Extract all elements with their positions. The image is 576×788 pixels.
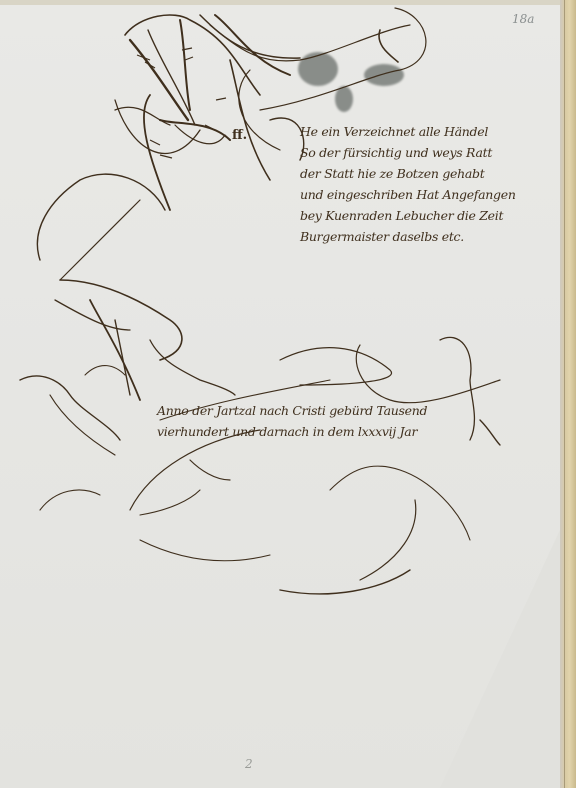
page-number: 2	[245, 757, 253, 771]
heading-text-block: He ein Verzeichnet alle Händel So der fü…	[300, 121, 516, 247]
text-line: So der fürsichtig und weys Ratt	[300, 142, 516, 163]
text-line: Burgermaister daselbs etc.	[300, 226, 516, 247]
folio-number: 18a	[512, 12, 534, 26]
manuscript-page: 18a ff. He ein Verzeichnet alle Händel S…	[0, 0, 576, 788]
text-line: bey Kuenraden Lebucher die Zeit	[300, 205, 516, 226]
text-line: der Statt hie ze Botzen gehabt	[300, 163, 516, 184]
text-line: und eingeschriben Hat Angefangen	[300, 184, 516, 205]
margin-mark: ff.	[232, 128, 247, 143]
calligraphic-flourishes	[0, 0, 576, 788]
text-line: Anno der Jartzal nach Cristi gebürd Taus…	[157, 400, 427, 421]
dating-text-block: Anno der Jartzal nach Cristi gebürd Taus…	[157, 400, 427, 442]
text-line: vierhundert und darnach in dem lxxxvij J…	[157, 421, 427, 442]
text-line: He ein Verzeichnet alle Händel	[300, 121, 516, 142]
